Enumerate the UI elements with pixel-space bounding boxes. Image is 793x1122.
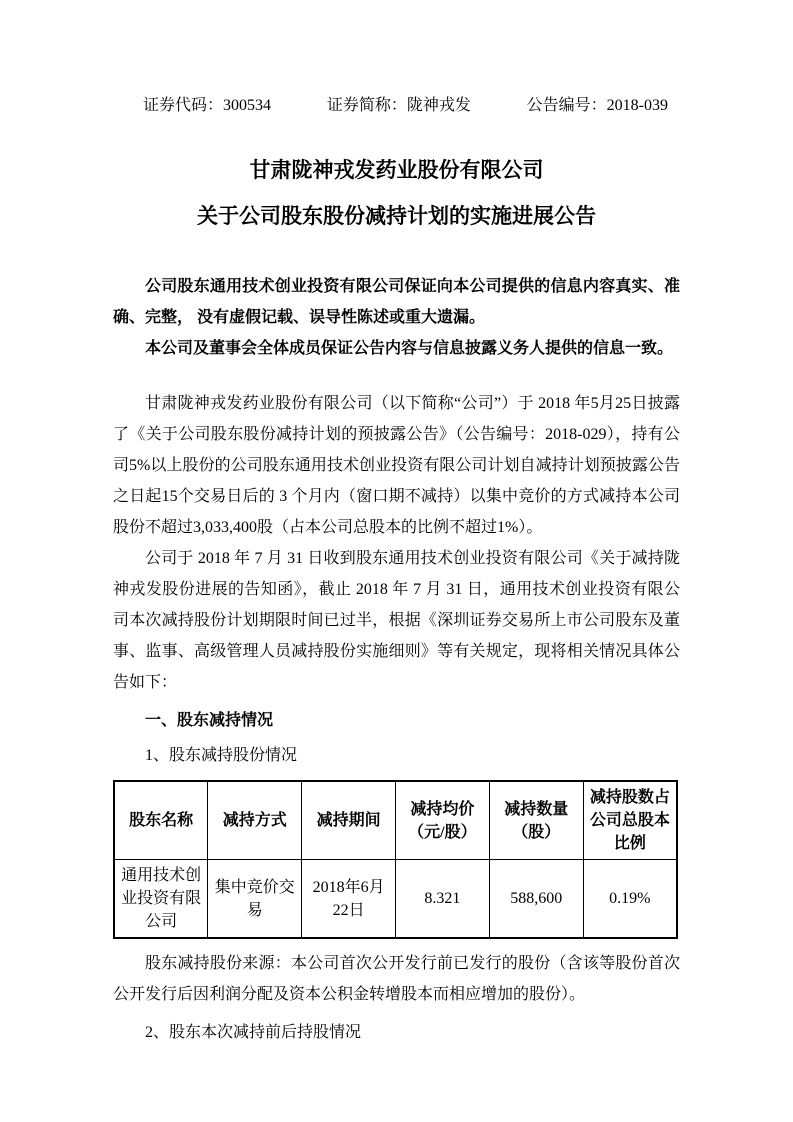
table-header-method: 减持方式 [208,781,302,860]
subsection-heading-2: 2、股东本次减持前后持股情况 [113,1018,680,1048]
note-paragraph: 股东减持股份来源：本公司首次公开发行前已发行的股份（含该等股份首次公开发行后因利… [113,948,680,1010]
table-header-quantity: 减持数量 （股） [489,781,583,860]
cell-quantity: 588,600 [489,860,583,939]
guarantee-statement: 公司股东通用技术创业投资有限公司保证向本公司提供的信息内容真实、准确、完整， 没… [113,271,680,364]
share-source-note: 股东减持股份来源：本公司首次公开发行前已发行的股份（含该等股份首次公开发行后因利… [113,948,680,1010]
table-data-row: 通用技术创业投资有限公司 集中竞价交易 2018年6月 22日 8.321 58… [114,860,677,939]
cell-shareholder-name: 通用技术创业投资有限公司 [114,860,208,939]
stock-code: 证券代码：300534 [143,95,271,117]
announcement-page: 证券代码：300534 证券简称：陇神戎发 公告编号：2018-039 甘肃陇神… [0,0,793,1122]
announcement-title: 关于公司股东股份减持计划的实施进展公告 [113,201,680,231]
subsection-heading-1: 1、股东减持股份情况 [113,741,680,771]
table-header-avg-price: 减持均价 （元/股） [395,781,489,860]
table-header-row: 股东名称 减持方式 减持期间 减持均价 （元/股） 减持数量 （股） 减持股数占… [114,781,677,860]
cell-ratio: 0.19% [583,860,677,939]
document-header: 证券代码：300534 证券简称：陇神戎发 公告编号：2018-039 [113,95,680,117]
body-paragraph-2: 公司于 2018 年 7 月 31 日收到股东通用技术创业投资有限公司《关于减持… [113,543,680,698]
reduction-table: 股东名称 减持方式 减持期间 减持均价 （元/股） 减持数量 （股） 减持股数占… [113,780,678,939]
stock-abbreviation: 证券简称：陇神戎发 [327,95,471,117]
table-header-shareholder: 股东名称 [114,781,208,860]
section-heading-1: 一、股东减持情况 [113,706,680,736]
cell-reduction-period: 2018年6月 22日 [302,860,396,939]
announcement-number: 公告编号：2018-039 [527,95,668,117]
cell-average-price: 8.321 [395,860,489,939]
statement-paragraph-2: 本公司及董事会全体成员保证公告内容与信息披露义务人提供的信息一致。 [113,333,680,364]
company-name-title: 甘肃陇神戎发药业股份有限公司 [113,155,680,185]
table-header-period: 减持期间 [302,781,396,860]
statement-paragraph-1: 公司股东通用技术创业投资有限公司保证向本公司提供的信息内容真实、准确、完整， 没… [113,271,680,333]
body-paragraph-1: 甘肃陇神戎发药业股份有限公司（以下简称“公司”）于 2018 年5月25日披露了… [113,388,680,543]
cell-reduction-method: 集中竞价交易 [208,860,302,939]
table-header-ratio: 减持股数占公司总股本比例 [583,781,677,860]
body-text: 甘肃陇神戎发药业股份有限公司（以下简称“公司”）于 2018 年5月25日披露了… [113,388,680,698]
